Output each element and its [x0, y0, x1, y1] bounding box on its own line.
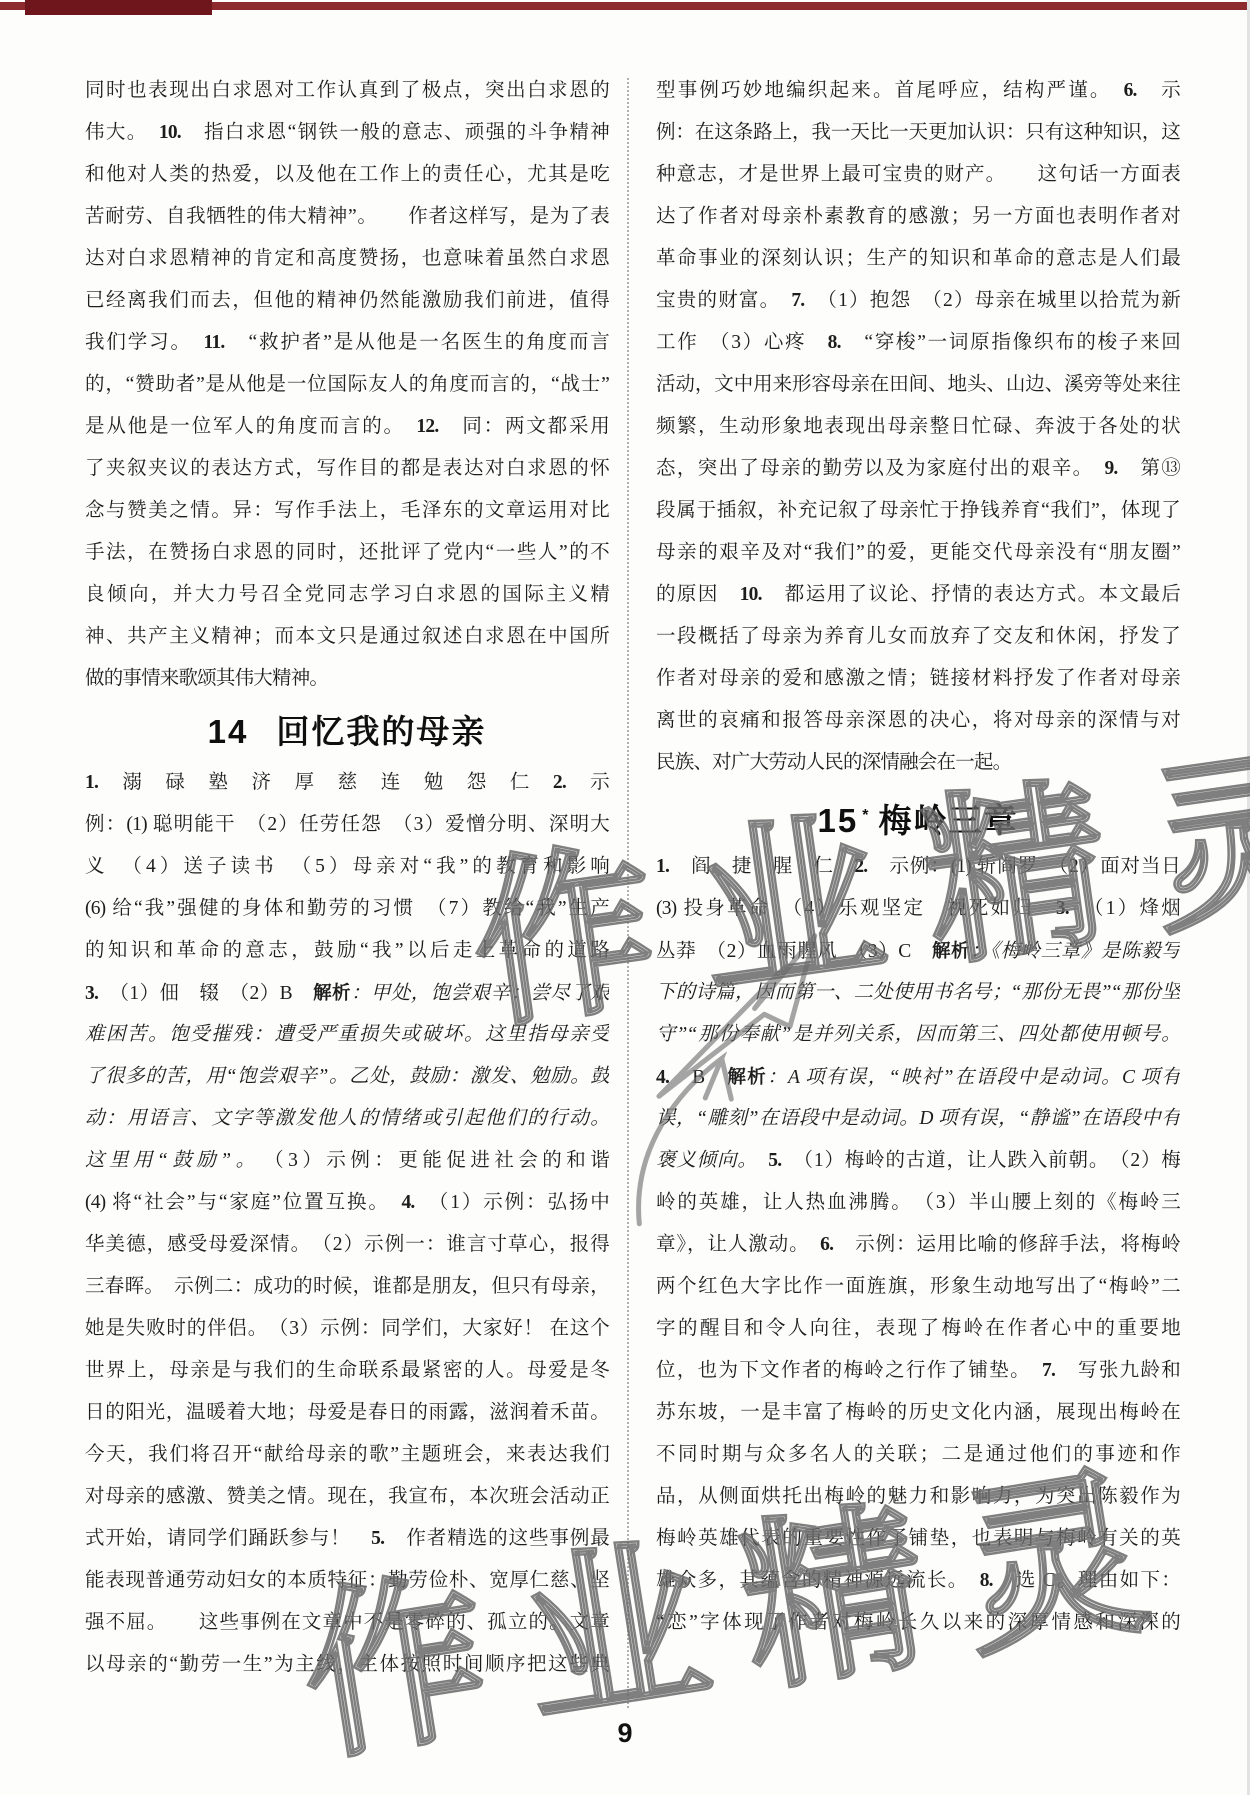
text-line: 型事例巧妙地编织起来。首尾呼应，结构严谨。 6. 示 [656, 70, 1180, 112]
text-line: 梅岭英雄代表的重要性作了铺垫，也表明与梅岭有关的英 [656, 1518, 1180, 1560]
text-line: 世界上，母亲是与我们的生命联系最紧密的人。母爱是冬 [85, 1350, 609, 1392]
text-line: 难困苦。饱受摧残：遭受严重损失或破坏。这里指母亲受 [85, 1014, 609, 1056]
section-heading: 14回忆我的母亲 [85, 706, 609, 758]
text-line: 是从他是一位军人的角度而言的。 12. 同：两文都采用 [85, 406, 609, 448]
text-line: 1. 阎 捷 腥 仁 2. 示例：(1) 斩阎罗 （2）面对当日 [656, 846, 1180, 888]
text-line: 式开始，请同学们踊跃参与！ 5. 作者精选的这些事例最 [85, 1518, 609, 1560]
text-line: 段属于插叙，补充记叙了母亲忙于挣钱养育“我们”，体现了 [656, 490, 1180, 532]
text-line: 3. （1）佃 辍 （2）B 解析：甲处，饱尝艰辛：尝尽了艰 [85, 972, 609, 1014]
text-line: 动：用语言、文字等激发他人的情绪或引起他们的行动。 [85, 1098, 609, 1140]
text-line: 今天，我们将召开“献给母亲的歌”主题班会，来表达我们 [85, 1434, 609, 1476]
text-line: 苏东坡，一是丰富了梅岭的历史文化内涵，展现出梅岭在 [656, 1392, 1180, 1434]
text-line: 褒义倾向。 5. （1）梅岭的古道，让人跌入前朝。 （2）梅 [656, 1140, 1180, 1182]
text-line: 强不屈。 这些事例在文章中不是零碎的、孤立的。文章 [85, 1602, 609, 1644]
text-line: 两个红色大字比作一面旌旗，形象生动地写出了“梅岭”二 [656, 1266, 1180, 1308]
text-line: 我们学习。 11. “救护者”是从他是一名医生的角度而言 [85, 322, 609, 364]
text-line: 工作 （3）心疼 8. “穿梭”一词原指像织布的梭子来回 [656, 322, 1180, 364]
text-line: 神、共产主义精神；而本文只是通过叙述白求恩在中国所 [85, 616, 609, 658]
text-line: 种意志，才是世界上最可宝贵的财产。 这句话一方面表 [656, 154, 1180, 196]
answer-page: 同时也表现出白求恩对工作认真到了极点，突出白求恩的伟大。 10. 指白求恩“钢铁… [0, 0, 1250, 1795]
text-line: 活动，文中用来形容母亲在田间、地头、山边、溪旁等处来往 [656, 364, 1180, 406]
top-red-bar-accent [25, 0, 212, 15]
left-column: 同时也表现出白求恩对工作认真到了极点，突出白求恩的伟大。 10. 指白求恩“钢铁… [85, 70, 609, 1686]
text-line: 达了作者对母亲朴素教育的感激；另一方面也表明作者对 [656, 196, 1180, 238]
text-line: 民族、对广大劳动人民的深情融会在一起。 [656, 742, 1180, 784]
text-line: 例：(1) 聪明能干 （2）任劳任怨 （3）爱憎分明、深明大 [85, 804, 609, 846]
text-line: 雄众多，其蕴含的精神源远流长。 8. 选 C。理由如下： [656, 1560, 1180, 1602]
text-line: 苦耐劳、自我牺牲的伟大精神”。 作者这样写，是为了表 [85, 196, 609, 238]
text-line: 良倾向，并大力号召全党同志学习白求恩的国际主义精 [85, 574, 609, 616]
text-line: 4. B 解析：A 项有误，“映衬”在语段中是动词。C 项有 [656, 1056, 1180, 1098]
text-line: 对母亲的感激、赞美之情。现在，我宣布，本次班会活动正 [85, 1476, 609, 1518]
text-line: 做的事情来歌颂其伟大精神。 [85, 658, 609, 700]
text-line: 革命事业的深刻认识；生产的知识和革命的意志是人们最 [656, 238, 1180, 280]
text-line: 她是失败时的伴侣。 （3）示例：同学们，大家好！ 在这个 [85, 1308, 609, 1350]
text-line: 义 （4）送子读书 （5）母亲对“我”的教育和影响 [85, 846, 609, 888]
text-line: 章》，让人激动。 6. 示例：运用比喻的修辞手法，将梅岭 [656, 1224, 1180, 1266]
text-line: 宝贵的财富。 7. （1）抱怨 （2）母亲在城里以拾荒为新 [656, 280, 1180, 322]
text-line: 1. 溺 碌 塾 济 厚 慈 连 勉 怨 仁 2. 示 [85, 762, 609, 804]
text-line: 了夹叙夹议的表达方式，写作目的都是表达对白求恩的怀 [85, 448, 609, 490]
text-line: 字的醒目和令人向往，表现了梅岭在作者心中的重要地 [656, 1308, 1180, 1350]
text-line: 作者对母亲的爱和感激之情；链接材料抒发了作者对母亲 [656, 658, 1180, 700]
text-line: 手法，在赞扬白求恩的同时，还批评了党内“一些人”的不 [85, 532, 609, 574]
text-line: 不同时期与众多名人的关联；二是通过他们的事迹和作 [656, 1434, 1180, 1476]
text-line: 一段概括了母亲为养育儿女而放弃了交友和休闲，抒发了 [656, 616, 1180, 658]
text-line: 的，“赞助者”是从他是一位国际友人的角度而言的，“战士” [85, 364, 609, 406]
text-line: 这里用“鼓励”。 （3）示例：更能促进社会的和谐 [85, 1140, 609, 1182]
text-line: (4) 将“社会”与“家庭”位置互换。 4. （1）示例：弘扬中 [85, 1182, 609, 1224]
text-line: 频繁，生动形象地表现出母亲整日忙碌、奔波于各处的状 [656, 406, 1180, 448]
text-line: 守”“那份奉献”是并列关系，因而第三、四处都使用顿号。 [656, 1014, 1180, 1056]
column-divider [627, 78, 629, 1708]
text-line: 岭的英雄，让人热血沸腾。 （3）半山腰上刻的《梅岭三 [656, 1182, 1180, 1224]
text-line: 同时也表现出白求恩对工作认真到了极点，突出白求恩的 [85, 70, 609, 112]
right-column: 型事例巧妙地编织起来。首尾呼应，结构严谨。 6. 示例：在这条路上，我一天比一天… [656, 70, 1180, 1686]
text-line: 达对白求恩精神的肯定和高度赞扬，也意味着虽然白求恩 [85, 238, 609, 280]
text-line: 的原因 10. 都运用了议论、抒情的表达方式。本文最后 [656, 574, 1180, 616]
text-line: 母亲的艰辛及对“我们”的爱，更能交代母亲没有“朋友圈” [656, 532, 1180, 574]
text-line: 念与赞美之情。异：写作手法上，毛泽东的文章运用对比 [85, 490, 609, 532]
text-line: 能表现普通劳动妇女的本质特征：勤劳俭朴、宽厚仁慈、坚 [85, 1560, 609, 1602]
text-line: “恋”字体现了作者对梅岭长久以来的深厚情感和深深的 [656, 1602, 1180, 1644]
text-line: 三春晖。 示例二：成功的时候，谁都是朋友，但只有母亲， [85, 1266, 609, 1308]
page-number: 9 [0, 1718, 1250, 1749]
text-line: 下的诗篇，因而第一、二处使用书名号；“那份无畏”“那份坚 [656, 972, 1180, 1014]
text-line: (3) 投身革命 （4）乐观坚定 视死如归 3. （1）烽烟 [656, 888, 1180, 930]
text-line: 以母亲的“勤劳一生”为主线，主体按照时间顺序把这些典 [85, 1644, 609, 1686]
text-line: 例：在这条路上，我一天比一天更加认识：只有这种知识，这 [656, 112, 1180, 154]
text-line: 了很多的苦，用“饱尝艰辛”。乙处，鼓励：激发、勉励。鼓 [85, 1056, 609, 1098]
text-line: 离世的哀痛和报答母亲深恩的决心，将对母亲的深情与对 [656, 700, 1180, 742]
text-line: 华美德，感受母爱深情。 （2）示例一：谁言寸草心，报得 [85, 1224, 609, 1266]
text-line: 的知识和革命的意志，鼓励“我”以后走上革命的道路 [85, 930, 609, 972]
section-heading: 15*梅岭三章 [656, 790, 1180, 842]
text-line: 日的阳光，温暖着大地；母爱是春日的雨露，滋润着禾苗。 [85, 1392, 609, 1434]
text-line: 态，突出了母亲的勤劳以及为家庭付出的艰辛。 9. 第⑬ [656, 448, 1180, 490]
text-line: 品，从侧面烘托出梅岭的魅力和影响力，为突出陈毅作为 [656, 1476, 1180, 1518]
text-line: 和他对人类的热爱，以及他在工作上的责任心，尤其是吃 [85, 154, 609, 196]
text-line: 已经离我们而去，但他的精神仍然能激励我们前进，值得 [85, 280, 609, 322]
text-line: 误，“雕刻”在语段中是动词。D 项有误，“静谧”在语段中有 [656, 1098, 1180, 1140]
text-line: 位，也为下文作者的梅岭之行作了铺垫。 7. 写张九龄和 [656, 1350, 1180, 1392]
text-line: 丛莽 （2）血雨腥风 （3）C 解析：《梅岭三章》是陈毅写 [656, 930, 1180, 972]
text-line: 伟大。 10. 指白求恩“钢铁一般的意志、顽强的斗争精神 [85, 112, 609, 154]
text-line: (6) 给“我”强健的身体和勤劳的习惯 （7）教给“我”生产 [85, 888, 609, 930]
text-columns: 同时也表现出白求恩对工作认真到了极点，突出白求恩的伟大。 10. 指白求恩“钢铁… [85, 70, 1180, 1686]
